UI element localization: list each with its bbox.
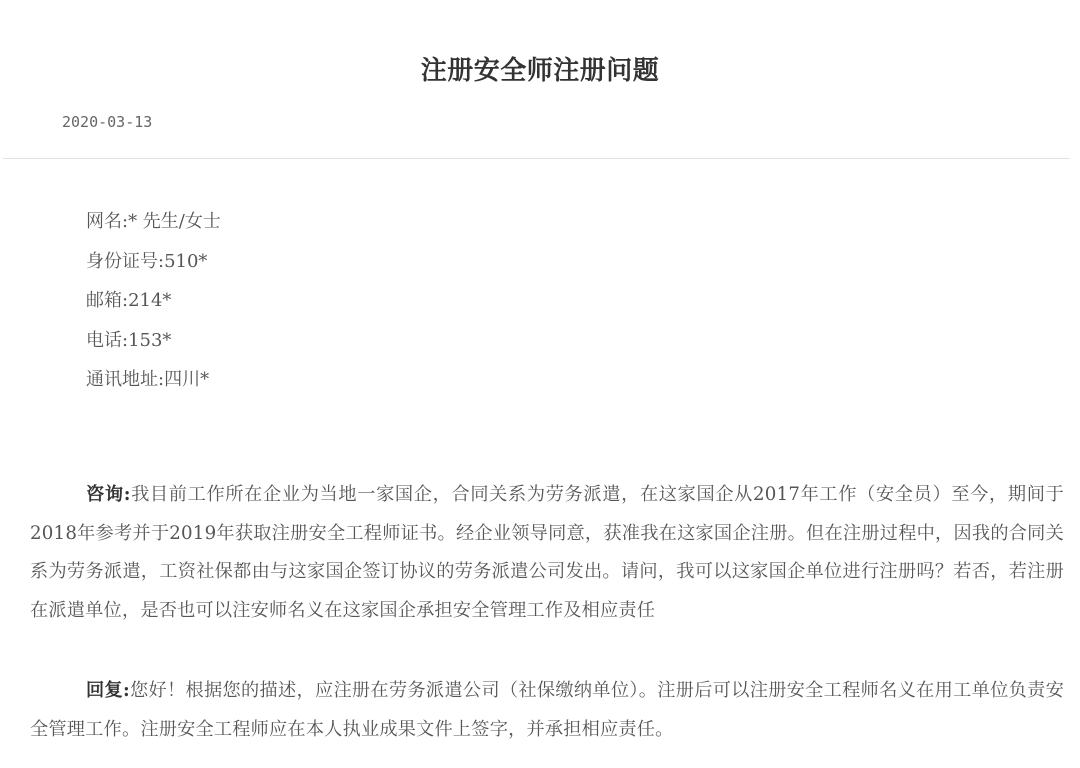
reply-label: 回复: — [86, 680, 130, 701]
consultation-text: 我目前工作所在企业为当地一家国企，合同关系为劳务派遣，在这家国企从2017年工作… — [30, 484, 1064, 621]
info-label: 通讯地址: — [86, 369, 164, 390]
info-item-phone: 电话:153* — [86, 321, 221, 361]
info-value: * 先生/女士 — [128, 211, 221, 232]
info-item-email: 邮箱:214* — [86, 281, 221, 321]
personal-info-list: 网名:* 先生/女士 身份证号:510* 邮箱:214* 电话:153* 通讯地… — [86, 202, 221, 400]
info-item-id-number: 身份证号:510* — [86, 242, 221, 282]
info-label: 电话: — [86, 330, 128, 351]
info-label: 网名: — [86, 211, 128, 232]
info-value: 四川* — [164, 369, 209, 390]
info-value: 214* — [128, 290, 171, 311]
info-label: 邮箱: — [86, 290, 128, 311]
consultation-paragraph: 咨询:我目前工作所在企业为当地一家国企，合同关系为劳务派遣，在这家国企从2017… — [30, 476, 1064, 630]
info-value: 153* — [128, 330, 171, 351]
reply-paragraph: 回复:您好！根据您的描述，应注册在劳务派遣公司（社保缴纳单位）。注册后可以注册安… — [30, 672, 1064, 749]
info-item-address: 通讯地址:四川* — [86, 360, 221, 400]
publish-date: 2020-03-13 — [62, 112, 152, 132]
header-divider — [3, 158, 1070, 159]
info-label: 身份证号: — [86, 251, 164, 272]
consultation-label: 咨询: — [86, 484, 131, 505]
info-value: 510* — [164, 251, 207, 272]
article-title: 注册安全师注册问题 — [0, 51, 1080, 91]
info-item-nickname: 网名:* 先生/女士 — [86, 202, 221, 242]
reply-text: 您好！根据您的描述，应注册在劳务派遣公司（社保缴纳单位）。注册后可以注册安全工程… — [30, 680, 1064, 740]
